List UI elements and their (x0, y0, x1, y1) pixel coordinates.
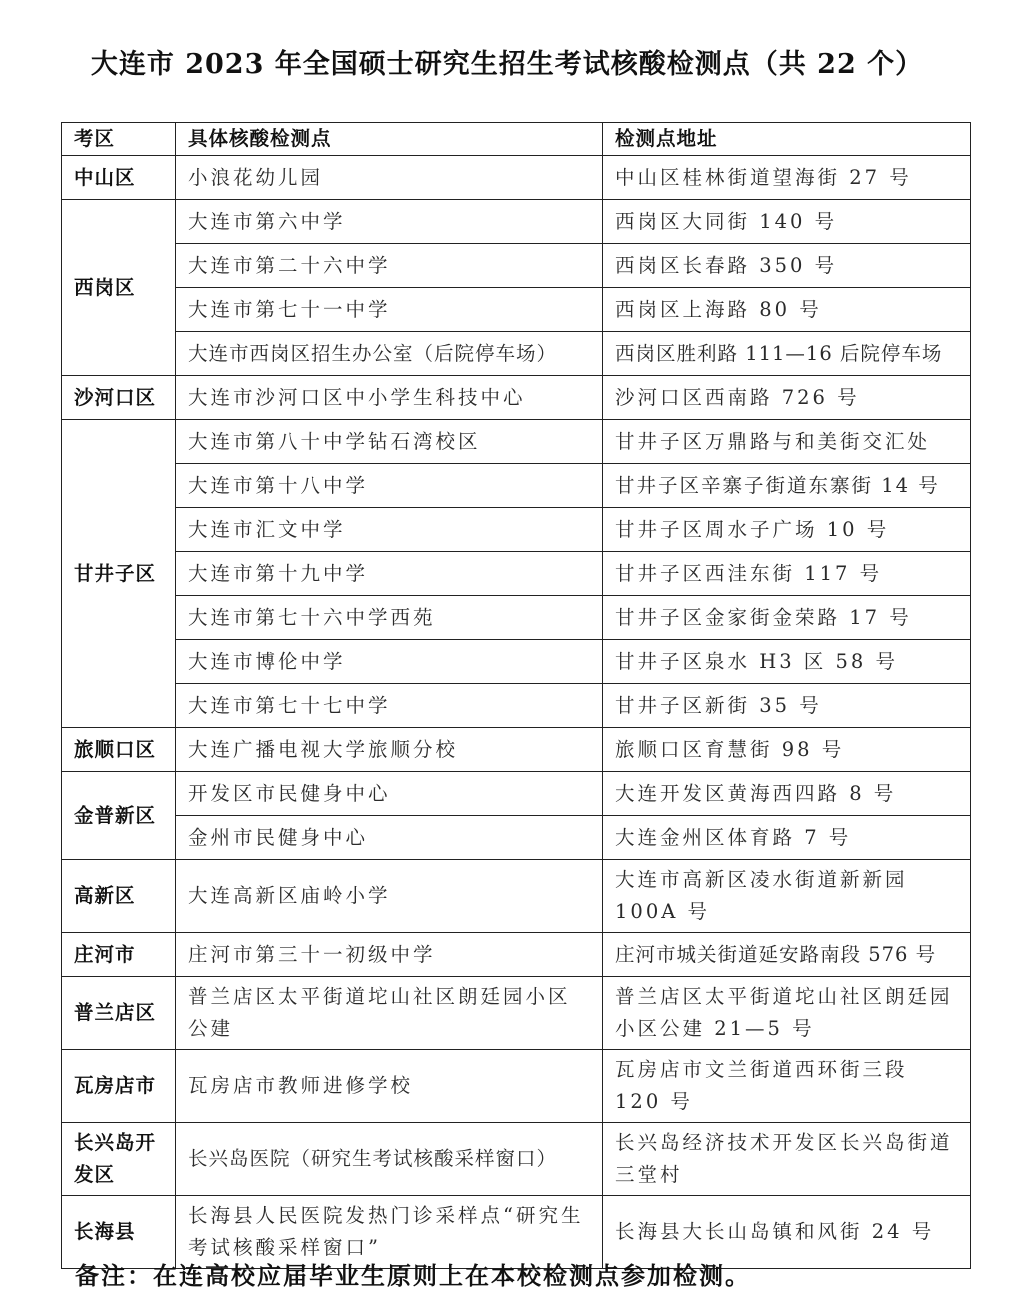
testing-sites-table: 考区 具体核酸检测点 检测点地址 中山区 小浪花幼儿园 中山区桂林街道望海街 2… (61, 122, 971, 1269)
table-row: 大连市第十八中学 甘井子区辛寨子街道东寨街 14 号 (62, 464, 971, 508)
table-row: 大连市汇文中学 甘井子区周水子广场 10 号 (62, 508, 971, 552)
district-cell: 普兰店区 (62, 977, 176, 1050)
address-cell: 长兴岛经济技术开发区长兴岛街道三堂村 (603, 1123, 971, 1196)
address-cell: 旅顺口区育慧街 98 号 (603, 728, 971, 772)
site-cell: 大连市博伦中学 (176, 640, 603, 684)
district-cell: 高新区 (62, 860, 176, 933)
address-cell: 大连金州区体育路 7 号 (603, 816, 971, 860)
address-cell: 瓦房店市文兰街道西环街三段 120 号 (603, 1050, 971, 1123)
table-row: 高新区 大连高新区庙岭小学 大连市高新区凌水街道新新园 100A 号 (62, 860, 971, 933)
site-cell: 长兴岛医院（研究生考试核酸采样窗口） (176, 1123, 603, 1196)
address-cell: 甘井子区西洼东街 117 号 (603, 552, 971, 596)
site-cell: 大连市汇文中学 (176, 508, 603, 552)
site-cell: 大连市第十九中学 (176, 552, 603, 596)
district-cell: 甘井子区 (62, 420, 176, 728)
address-cell: 沙河口区西南路 726 号 (603, 376, 971, 420)
site-cell: 大连市第七十七中学 (176, 684, 603, 728)
table-row: 甘井子区 大连市第八十中学钻石湾校区 甘井子区万鼎路与和美街交汇处 (62, 420, 971, 464)
address-cell: 普兰店区太平街道坨山社区朗廷园小区公建 21—5 号 (603, 977, 971, 1050)
table-row: 金州市民健身中心 大连金州区体育路 7 号 (62, 816, 971, 860)
footnote: 备注：在连高校应届毕业生原则上在本校检测点参加检测。 (75, 1256, 751, 1291)
table-row: 金普新区 开发区市民健身中心 大连开发区黄海西四路 8 号 (62, 772, 971, 816)
address-cell: 西岗区胜利路 111—16 后院停车场 (603, 332, 971, 376)
page-title: 大连市 2023 年全国硕士研究生招生考试核酸检测点（共 22 个） (0, 42, 1014, 81)
district-cell: 瓦房店市 (62, 1050, 176, 1123)
address-cell: 大连市高新区凌水街道新新园 100A 号 (603, 860, 971, 933)
site-cell: 大连高新区庙岭小学 (176, 860, 603, 933)
site-cell: 大连市第二十六中学 (176, 244, 603, 288)
district-cell: 中山区 (62, 156, 176, 200)
table-row: 西岗区 大连市第六中学 西岗区大同街 140 号 (62, 200, 971, 244)
header-district: 考区 (62, 123, 176, 156)
site-cell: 大连市第八十中学钻石湾校区 (176, 420, 603, 464)
table-row: 瓦房店市 瓦房店市教师进修学校 瓦房店市文兰街道西环街三段 120 号 (62, 1050, 971, 1123)
address-cell: 西岗区大同街 140 号 (603, 200, 971, 244)
header-address: 检测点地址 (603, 123, 971, 156)
district-cell: 长兴岛开发区 (62, 1123, 176, 1196)
table-row: 庄河市 庄河市第三十一初级中学 庄河市城关街道延安路南段 576 号 (62, 933, 971, 977)
table-row: 普兰店区 普兰店区太平街道坨山社区朗廷园小区公建 普兰店区太平街道坨山社区朗廷园… (62, 977, 971, 1050)
table-row: 大连市第十九中学 甘井子区西洼东街 117 号 (62, 552, 971, 596)
address-cell: 甘井子区万鼎路与和美街交汇处 (603, 420, 971, 464)
table-header-row: 考区 具体核酸检测点 检测点地址 (62, 123, 971, 156)
district-cell: 金普新区 (62, 772, 176, 860)
address-cell: 大连开发区黄海西四路 8 号 (603, 772, 971, 816)
address-cell: 庄河市城关街道延安路南段 576 号 (603, 933, 971, 977)
table-row: 大连市西岗区招生办公室（后院停车场） 西岗区胜利路 111—16 后院停车场 (62, 332, 971, 376)
address-cell: 甘井子区辛寨子街道东寨街 14 号 (603, 464, 971, 508)
table-row: 中山区 小浪花幼儿园 中山区桂林街道望海街 27 号 (62, 156, 971, 200)
site-cell: 庄河市第三十一初级中学 (176, 933, 603, 977)
district-cell: 庄河市 (62, 933, 176, 977)
address-cell: 中山区桂林街道望海街 27 号 (603, 156, 971, 200)
district-cell: 西岗区 (62, 200, 176, 376)
table-row: 大连市第二十六中学 西岗区长春路 350 号 (62, 244, 971, 288)
site-cell: 金州市民健身中心 (176, 816, 603, 860)
site-cell: 小浪花幼儿园 (176, 156, 603, 200)
address-cell: 甘井子区周水子广场 10 号 (603, 508, 971, 552)
site-cell: 瓦房店市教师进修学校 (176, 1050, 603, 1123)
district-cell: 旅顺口区 (62, 728, 176, 772)
site-cell: 大连市第六中学 (176, 200, 603, 244)
address-cell: 西岗区上海路 80 号 (603, 288, 971, 332)
site-cell: 大连市第七十一中学 (176, 288, 603, 332)
table-row: 长兴岛开发区 长兴岛医院（研究生考试核酸采样窗口） 长兴岛经济技术开发区长兴岛街… (62, 1123, 971, 1196)
site-cell: 大连市西岗区招生办公室（后院停车场） (176, 332, 603, 376)
table-row: 沙河口区 大连市沙河口区中小学生科技中心 沙河口区西南路 726 号 (62, 376, 971, 420)
table-row: 大连市第七十七中学 甘井子区新街 35 号 (62, 684, 971, 728)
table-row: 大连市第七十六中学西苑 甘井子区金家街金荣路 17 号 (62, 596, 971, 640)
table-row: 旅顺口区 大连广播电视大学旅顺分校 旅顺口区育慧街 98 号 (62, 728, 971, 772)
site-cell: 开发区市民健身中心 (176, 772, 603, 816)
address-cell: 甘井子区金家街金荣路 17 号 (603, 596, 971, 640)
header-site: 具体核酸检测点 (176, 123, 603, 156)
address-cell: 西岗区长春路 350 号 (603, 244, 971, 288)
table-row: 大连市博伦中学 甘井子区泉水 H3 区 58 号 (62, 640, 971, 684)
site-cell: 大连广播电视大学旅顺分校 (176, 728, 603, 772)
site-cell: 普兰店区太平街道坨山社区朗廷园小区公建 (176, 977, 603, 1050)
site-cell: 大连市沙河口区中小学生科技中心 (176, 376, 603, 420)
address-cell: 甘井子区新街 35 号 (603, 684, 971, 728)
table-row: 大连市第七十一中学 西岗区上海路 80 号 (62, 288, 971, 332)
site-cell: 大连市第七十六中学西苑 (176, 596, 603, 640)
site-cell: 大连市第十八中学 (176, 464, 603, 508)
district-cell: 沙河口区 (62, 376, 176, 420)
address-cell: 甘井子区泉水 H3 区 58 号 (603, 640, 971, 684)
